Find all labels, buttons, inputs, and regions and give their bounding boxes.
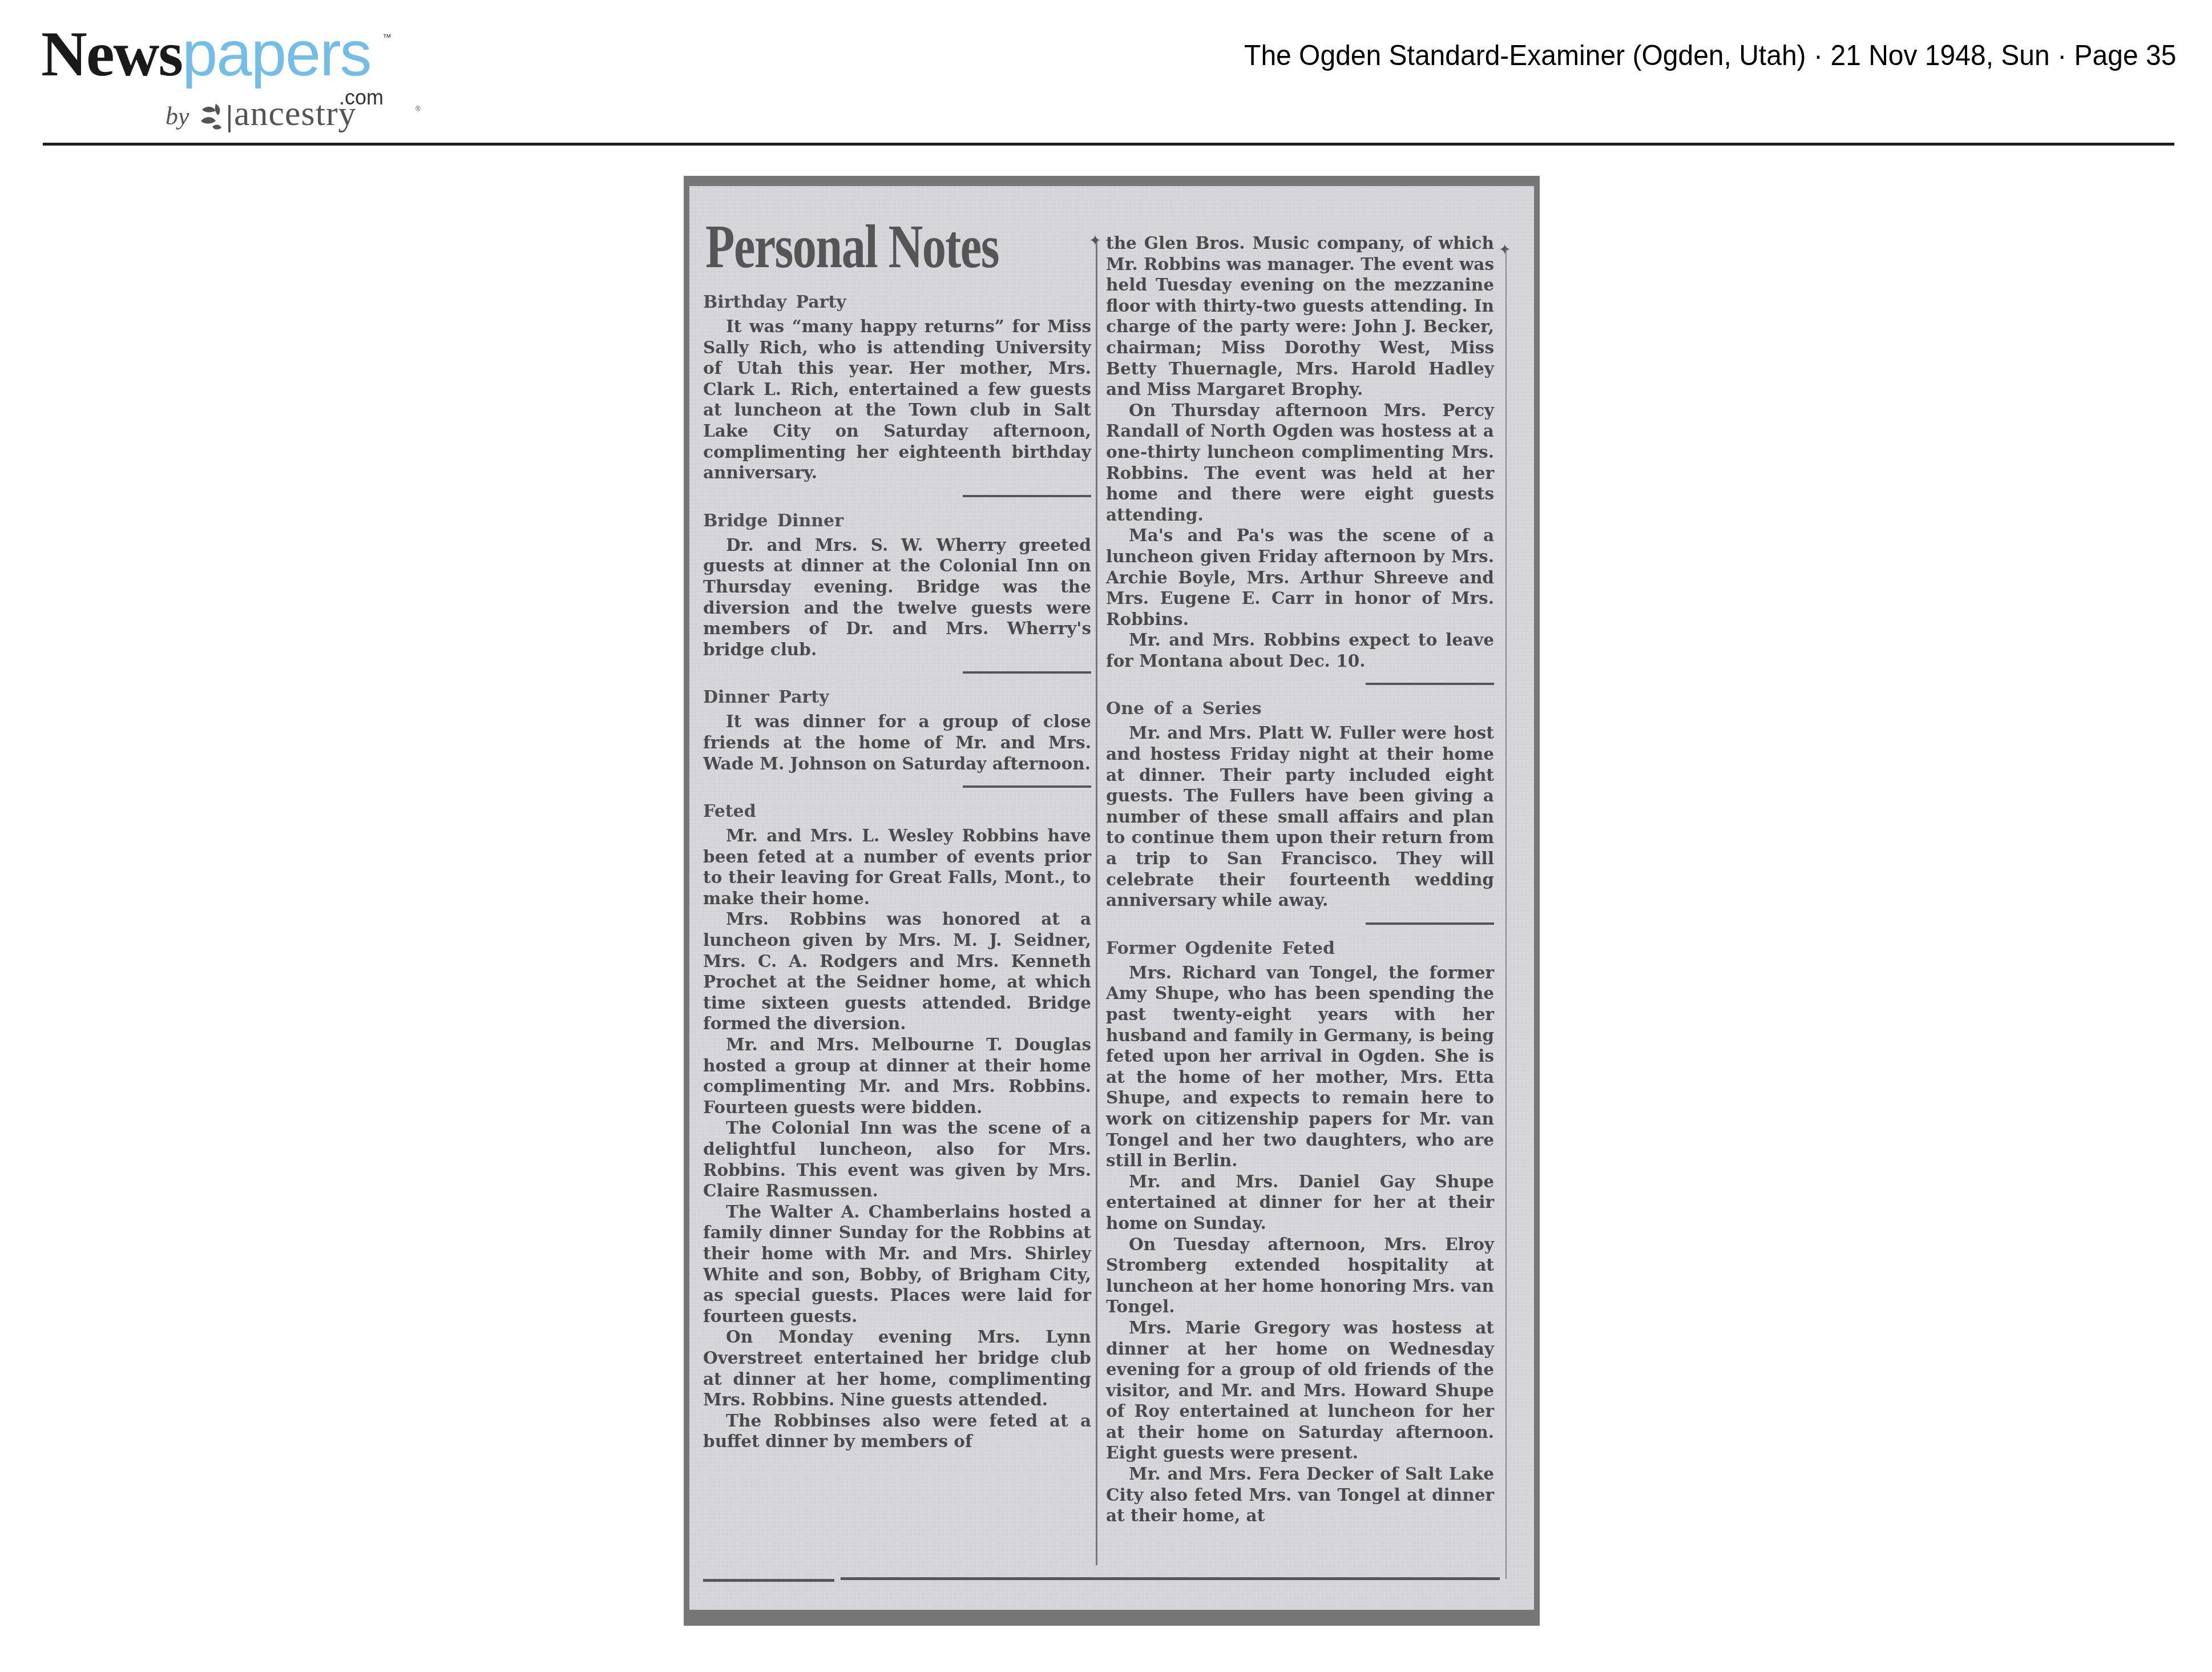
paragraph: The Colonial Inn was the scene of a deli… bbox=[703, 1118, 1091, 1201]
paragraph: Mr. and Mrs. Daniel Gay Shupe entertaine… bbox=[1106, 1171, 1494, 1234]
column-rule bbox=[1096, 241, 1097, 1565]
logo-by: by bbox=[166, 102, 189, 131]
logo-news-text: News bbox=[41, 19, 182, 90]
section-divider bbox=[963, 671, 1091, 674]
clipping-image: Personal Notes Birthday Party It was “ma… bbox=[689, 186, 1534, 1610]
article-masthead: Personal Notes bbox=[705, 216, 1006, 279]
paragraph: Mr. and Mrs. Robbins expect to leave for… bbox=[1106, 630, 1494, 671]
section-heading: Birthday Party bbox=[703, 291, 1091, 314]
right-column: the Glen Bros. Music company, of which M… bbox=[1106, 233, 1494, 1526]
section-divider bbox=[1366, 683, 1494, 685]
paragraph: It was dinner for a group of close frien… bbox=[703, 711, 1091, 774]
registered-mark: ® bbox=[415, 105, 421, 113]
paragraph: On Monday evening Mrs. Lynn Overstreet e… bbox=[703, 1327, 1091, 1410]
paragraph: the Glen Bros. Music company, of which M… bbox=[1106, 233, 1494, 400]
paragraph: Mrs. Richard van Tongel, the former Amy … bbox=[1106, 962, 1494, 1171]
paragraph: Mr. and Mrs. L. Wesley Robbins have been… bbox=[703, 825, 1091, 909]
paragraph: Mr. and Mrs. Fera Decker of Salt Lake Ci… bbox=[1106, 1464, 1494, 1526]
page-number: Page 35 bbox=[2074, 39, 2176, 71]
paragraph: Mrs. Robbins was honored at a luncheon g… bbox=[703, 909, 1091, 1034]
ornament-icon: ✦ bbox=[1499, 241, 1511, 259]
logo-ancestry-text: ancestry bbox=[234, 94, 357, 134]
section-heading: Dinner Party bbox=[703, 686, 1091, 709]
section-divider bbox=[963, 495, 1091, 497]
publication-date: 21 Nov 1948, Sun bbox=[1830, 39, 2049, 71]
paragraph: Ma's and Pa's was the scene of a luncheo… bbox=[1106, 525, 1494, 630]
newspaper-clipping[interactable]: Personal Notes Birthday Party It was “ma… bbox=[684, 176, 1540, 1626]
section-divider bbox=[963, 785, 1091, 788]
publication-name: The Ogden Standard-Examiner (Ogden, Utah… bbox=[1244, 39, 1806, 71]
paragraph: Mr. and Mrs. Melbourne T. Douglas hosted… bbox=[703, 1034, 1091, 1118]
paragraph: Mrs. Marie Gregory was hostess at dinner… bbox=[1106, 1318, 1494, 1464]
logo-papers-text: papers bbox=[182, 18, 370, 89]
header-divider bbox=[43, 143, 2174, 146]
section-heading: One of a Series bbox=[1106, 698, 1494, 720]
section-heading: Feted bbox=[703, 800, 1091, 823]
bottom-rule bbox=[703, 1579, 834, 1582]
newspapers-logo[interactable]: Newspapers ™ .com by ancestry ® bbox=[41, 22, 406, 124]
bottom-rule bbox=[841, 1577, 1500, 1580]
separator-dot: · bbox=[1814, 39, 1823, 71]
section-heading: Bridge Dinner bbox=[703, 510, 1091, 533]
trademark-mark: ™ bbox=[382, 33, 391, 43]
paragraph: The Walter A. Chamberlains hosted a fami… bbox=[703, 1202, 1091, 1327]
paragraph: On Tuesday afternoon, Mrs. Elroy Strombe… bbox=[1106, 1234, 1494, 1318]
left-column: Personal Notes Birthday Party It was “ma… bbox=[703, 186, 1091, 1452]
ornament-icon: ✦ bbox=[1089, 232, 1101, 249]
paragraph: Mr. and Mrs. Platt W. Fuller were host a… bbox=[1106, 723, 1494, 910]
separator-dot: · bbox=[2057, 39, 2066, 71]
ancestry-leaf-icon bbox=[199, 102, 236, 135]
section-heading: Former Ogdenite Feted bbox=[1106, 937, 1494, 960]
clipping-citation: The Ogden Standard-Examiner (Ogden, Utah… bbox=[1244, 39, 2176, 72]
paragraph: Dr. and Mrs. S. W. Wherry greeted guests… bbox=[703, 535, 1091, 660]
logo-wordmark: Newspapers bbox=[41, 22, 371, 86]
section-divider bbox=[1366, 922, 1494, 925]
paragraph: The Robbinses also were feted at a buffe… bbox=[703, 1411, 1091, 1452]
paragraph: On Thursday afternoon Mrs. Percy Randall… bbox=[1106, 400, 1494, 526]
paragraph: It was “many happy returns” for Miss Sal… bbox=[703, 316, 1091, 484]
column-rule bbox=[1505, 249, 1507, 1579]
